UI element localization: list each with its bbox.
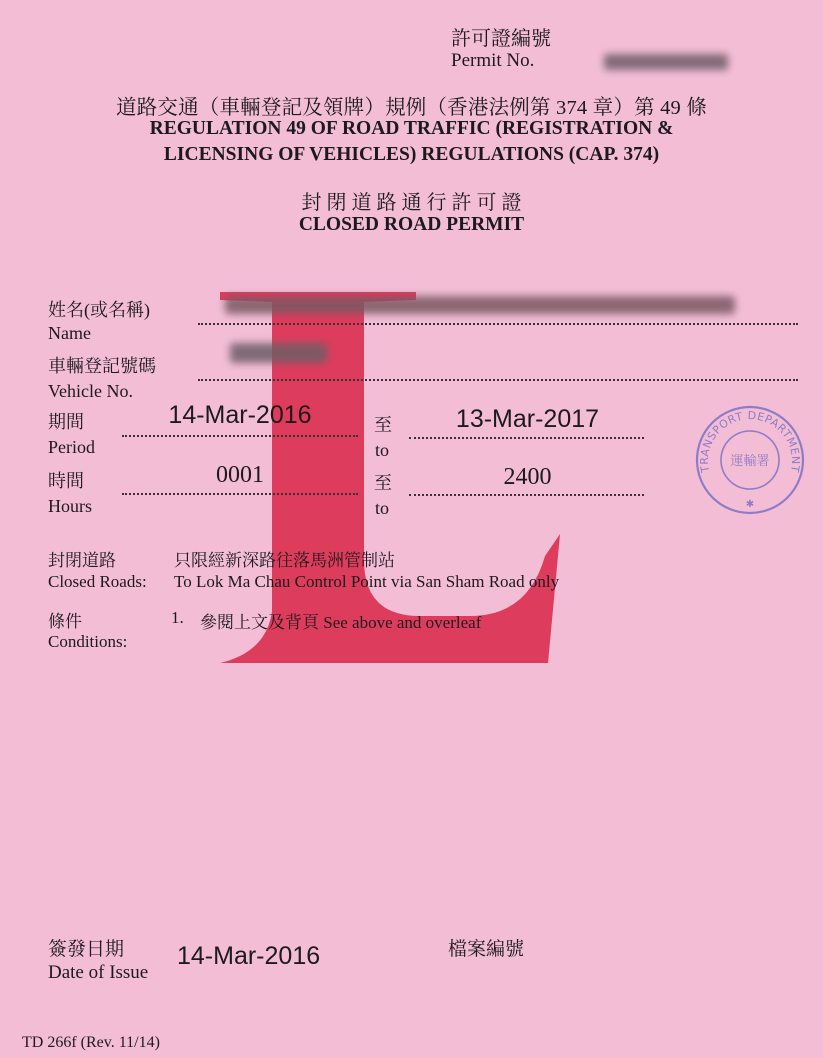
issue-date-label-en: Date of Issue: [48, 962, 148, 984]
period-from-value: 14-Mar-2016: [120, 401, 360, 430]
closed-roads-value-en: To Lok Ma Chau Control Point via San Sha…: [174, 572, 559, 592]
regulation-title-zh: 道路交通（車輛登記及領牌）規例（香港法例第 374 章）第 49 條: [0, 90, 823, 120]
issue-date-value: 14-Mar-2016: [177, 942, 320, 971]
name-field-line: [198, 323, 798, 325]
hours-label-zh: 時間: [48, 467, 84, 493]
period-label-en: Period: [48, 437, 95, 458]
period-to-zh: 至: [374, 411, 392, 437]
permit-no-value-redacted: [604, 54, 728, 70]
name-value-redacted: [225, 296, 735, 314]
hours-to-value: 2400: [410, 464, 645, 491]
condition-item-text: 參閱上文及背頁 See above and overleaf: [200, 608, 481, 633]
vehicle-label-zh: 車輛登記號碼: [48, 352, 156, 378]
permit-no-label-en: Permit No.: [451, 50, 534, 72]
vehicle-field-line: [198, 379, 798, 381]
name-label-en: Name: [48, 323, 91, 344]
permit-no-label-zh: 許可證編號: [451, 22, 551, 51]
period-to-line: [409, 437, 644, 439]
period-to-en: to: [375, 440, 389, 461]
hours-to-zh: 至: [374, 469, 392, 495]
issue-date-label-zh: 簽發日期: [48, 934, 124, 961]
hours-to-line: [409, 494, 644, 496]
name-label-zh: 姓名(或名稱): [48, 296, 150, 322]
hours-to-en: to: [375, 498, 389, 519]
regulation-title-en-line2: LICENSING OF VEHICLES) REGULATIONS (CAP.…: [0, 144, 823, 166]
conditions-label-zh: 條件: [48, 607, 82, 632]
stamp-inner-text: 運輸署: [730, 453, 769, 469]
hours-label-en: Hours: [48, 496, 92, 517]
condition-item-number: 1.: [171, 608, 184, 628]
stamp-star-icon: ✱: [746, 499, 754, 510]
permit-title-en: CLOSED ROAD PERMIT: [0, 214, 823, 236]
closed-roads-label-en: Closed Roads:: [48, 572, 147, 592]
hours-from-line: [122, 493, 358, 495]
vehicle-value-redacted: [230, 343, 327, 363]
transport-department-stamp: TRANSPORT DEPARTMENT 運輸署 ✱: [694, 404, 806, 516]
closed-roads-label-zh: 封閉道路: [48, 546, 116, 571]
file-no-label-zh: 檔案編號: [448, 934, 524, 961]
period-from-line: [122, 435, 358, 437]
closed-roads-value-zh: 只限經新深路往落馬洲管制站: [174, 546, 395, 571]
vehicle-label-en: Vehicle No.: [48, 381, 133, 402]
form-code: TD 266f (Rev. 11/14): [22, 1034, 160, 1052]
conditions-label-en: Conditions:: [48, 632, 127, 652]
permit-title-zh: 封 閉 道 路 通 行 許 可 證: [0, 186, 823, 215]
regulation-title-en-line1: REGULATION 49 OF ROAD TRAFFIC (REGISTRAT…: [0, 118, 823, 140]
period-label-zh: 期間: [48, 408, 84, 434]
period-to-value: 13-Mar-2017: [410, 405, 645, 434]
hours-from-value: 0001: [120, 462, 360, 489]
